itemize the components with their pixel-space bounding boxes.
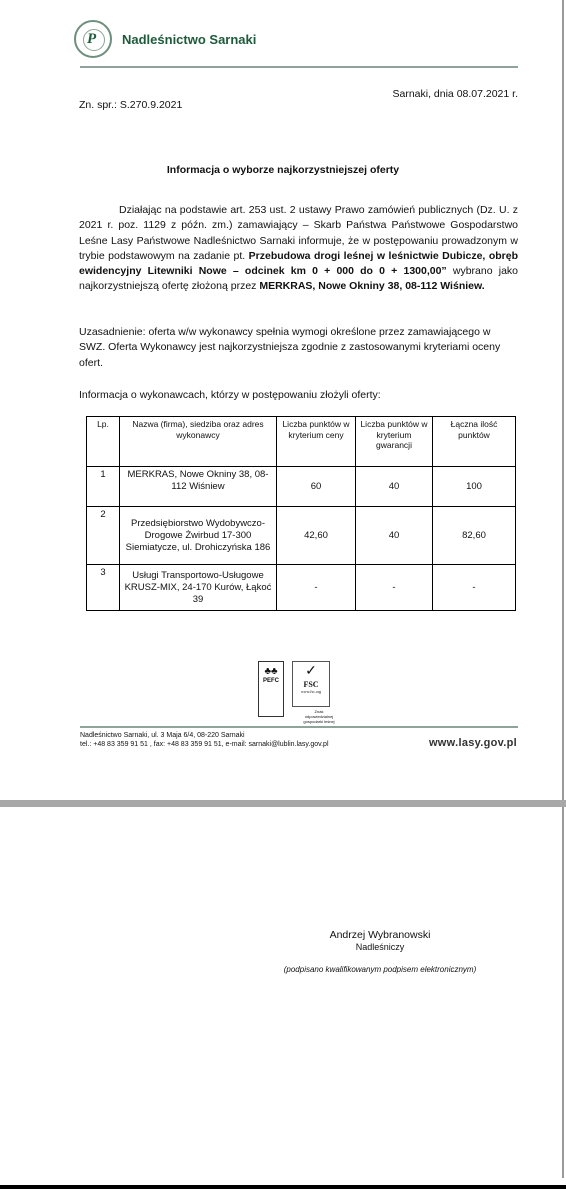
cell-name: MERKRAS, Nowe Okniny 38, 08-112 Wiśniew: [120, 467, 277, 507]
cell-name: Usługi Transportowo-Usługowe KRUSZ-MIX, …: [120, 565, 277, 611]
signatory-name: Andrzej Wybranowski: [260, 929, 500, 941]
fsc-caption: Znak odpowiedzialnej gospodarki leśnej: [300, 709, 338, 724]
cell-warranty-points: 40: [356, 507, 433, 565]
header-total: Łączna ilość punktów: [433, 417, 516, 467]
main-paragraph: Działając na podstawie art. 253 ust. 2 u…: [79, 203, 518, 295]
footer-address-line2: tel.: +48 83 359 91 51 , fax: +48 83 359…: [80, 741, 329, 750]
page-bottom-border: [0, 1185, 566, 1189]
table-row: 1 MERKRAS, Nowe Okniny 38, 08-112 Wiśnie…: [87, 467, 516, 507]
document-title: Informacja o wyborze najkorzystniejszej …: [0, 164, 566, 176]
justification: Uzasadnienie: oferta w/w wykonawcy spełn…: [79, 325, 518, 371]
fsc-label: FSC: [293, 680, 329, 689]
signatory-role: Nadleśniczy: [260, 942, 500, 952]
cell-total: 100: [433, 467, 516, 507]
cell-price-points: -: [277, 565, 356, 611]
footer-website-link[interactable]: www.lasy.gov.pl: [429, 737, 517, 749]
header-divider: [80, 66, 518, 68]
table-row: 2 Przedsiębiorstwo Wydobywczo-Drogowe Żw…: [87, 507, 516, 565]
header-warranty-points: Liczba punktów w kryterium gwarancji: [356, 417, 433, 467]
date-line: Sarnaki, dnia 08.07.2021 r.: [392, 88, 518, 100]
footer-address: Nadleśnictwo Sarnaki, ul. 3 Maja 6/4, 08…: [80, 732, 329, 749]
header-price-points: Liczba punktów w kryterium ceny: [277, 417, 356, 467]
header-lp: Lp.: [87, 417, 120, 467]
footer-divider: [80, 726, 518, 728]
cell-lp: 3: [87, 565, 120, 611]
fsc-logo-icon: ✓ FSC www.fsc.org: [292, 661, 330, 707]
header-name: Nazwa (firma), siedziba oraz adres wykon…: [120, 417, 277, 467]
signature-note: (podpisano kwalifikowanym podpisem elekt…: [260, 965, 500, 974]
letterhead: P Nadleśnictwo Sarnaki: [74, 20, 256, 58]
pefc-label: PEFC: [259, 678, 283, 684]
org-name: Nadleśnictwo Sarnaki: [122, 32, 256, 47]
cell-price-points: 42,60: [277, 507, 356, 565]
page-separator: [0, 800, 566, 807]
page-edge-rule: [562, 0, 564, 1178]
table-intro: Informacja o wykonawcach, którzy w postę…: [79, 389, 381, 401]
cell-total: 82,60: [433, 507, 516, 565]
cell-warranty-points: 40: [356, 467, 433, 507]
cell-total: -: [433, 565, 516, 611]
cell-price-points: 60: [277, 467, 356, 507]
cell-lp: 1: [87, 467, 120, 507]
cell-warranty-points: -: [356, 565, 433, 611]
table-row: 3 Usługi Transportowo-Usługowe KRUSZ-MIX…: [87, 565, 516, 611]
footer-address-line1: Nadleśnictwo Sarnaki, ul. 3 Maja 6/4, 08…: [80, 732, 329, 741]
fsc-url: www.fsc.org: [293, 689, 329, 694]
table-header-row: Lp. Nazwa (firma), siedziba oraz adres w…: [87, 417, 516, 467]
offers-table: Lp. Nazwa (firma), siedziba oraz adres w…: [86, 416, 516, 611]
cell-lp: 2: [87, 507, 120, 565]
winner-name: MERKRAS, Nowe Okniny 38, 08-112 Wiśniew.: [259, 280, 484, 292]
signature-block: Andrzej Wybranowski Nadleśniczy (podpisa…: [260, 929, 500, 974]
reference-number: Zn. spr.: S.270.9.2021: [79, 99, 182, 111]
cell-name: Przedsiębiorstwo Wydobywczo-Drogowe Żwir…: [120, 507, 277, 565]
pefc-logo-icon: ♣♣ PEFC: [258, 661, 284, 717]
lasy-panstwowe-logo-icon: P: [74, 20, 112, 58]
